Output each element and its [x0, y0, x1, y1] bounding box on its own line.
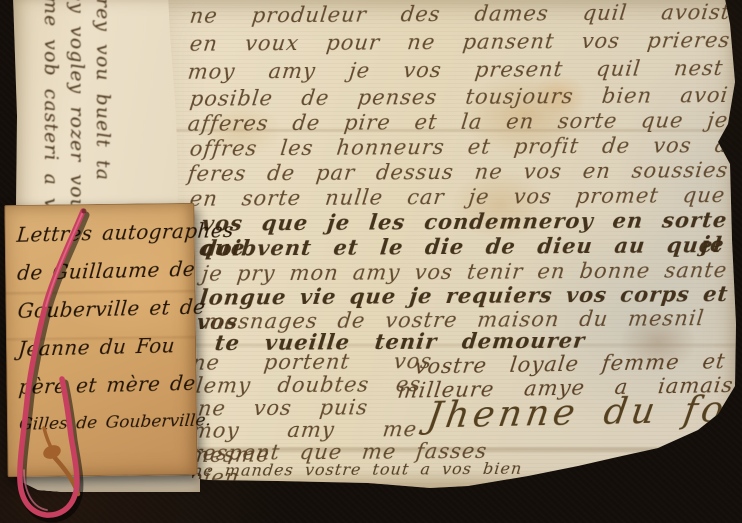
label-line: de Guillaume de	[16, 252, 189, 294]
label-line: Lettres autographes	[15, 214, 188, 256]
label-line: Jeanne du Fou	[16, 328, 189, 370]
manuscript-line: ne mandes vostre tout a vos bien	[191, 460, 524, 482]
vertical-script-line: rey vou buelt ta	[92, 0, 114, 214]
label-line: père et mère de	[17, 366, 190, 408]
vertical-script-line: ey vogley rozer vous	[66, 0, 88, 206]
label-line: Gilles de Gouberville.	[17, 404, 190, 446]
manuscript-line: en voux pour ne pansent vos prieres	[188, 28, 731, 58]
photo-backdrop: me vob casteri a vous ey vogley rozer vo…	[0, 0, 742, 523]
signature-jeanne-du-fou: Jhenne du fou	[424, 389, 742, 437]
manuscript-page: ne produleur des dames quil avoist en vo…	[158, 0, 742, 496]
archival-label-card: Lettres autographes de Guillaume de Goub…	[4, 203, 197, 477]
vertical-script-line: me vob casteri a vous	[40, 0, 62, 212]
manuscript-line: ne produleur des dames quil avoist	[188, 0, 731, 30]
manuscript-line: moy amy je vos present quil nest	[186, 56, 724, 86]
label-line: Gouberville et de	[16, 290, 189, 332]
